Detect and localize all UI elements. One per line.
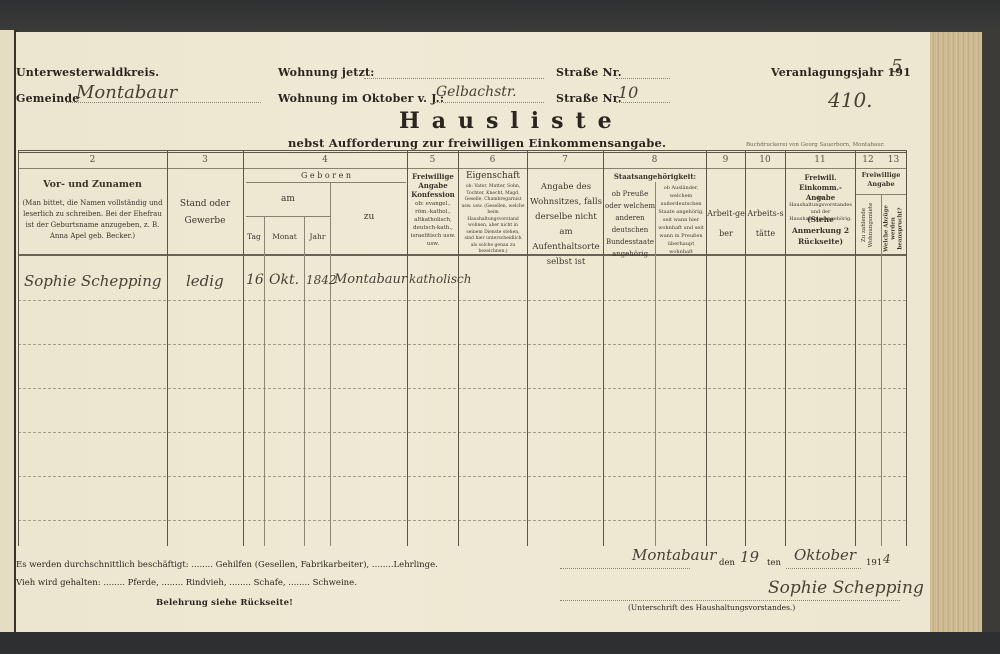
- col-line: [906, 150, 907, 546]
- row-line: [18, 388, 906, 389]
- veranlagungsjahr-label: Veranlagungsjahr 191: [771, 66, 911, 79]
- den-label: den: [719, 558, 735, 568]
- header-am: am: [246, 194, 330, 204]
- strasse-nr-label-2: Straße Nr.: [556, 92, 622, 105]
- strasse-nr-field-1: [616, 66, 670, 79]
- cell-zu: Montabaur: [334, 272, 407, 287]
- book-cover-right: [982, 30, 1000, 654]
- strasse-nr-field-2: 10: [616, 86, 670, 103]
- am-divider: [246, 216, 330, 217]
- col-line: [458, 150, 459, 546]
- col-line: [785, 150, 786, 546]
- footer-belehrung: Belehrung siehe Rückseite!: [156, 598, 293, 608]
- header-arbeitgeber: Arbeit-geber: [707, 204, 745, 244]
- strasse-nr-label-1: Straße Nr.: [556, 66, 622, 79]
- cell-jahr: 1842: [306, 273, 337, 287]
- place-value: Montabaur: [632, 546, 716, 564]
- header-eigenschaft-note: ob: Vater, Mutter, Sohn, Tochter, Knecht…: [461, 184, 525, 256]
- header-stand: Stand oder Gewerbe: [171, 196, 239, 230]
- col-line: [407, 150, 408, 546]
- header-freiwillige-angabe: Freiwillige Angabe: [856, 171, 906, 189]
- header-name-note: (Man bittet, die Namen vollständig und l…: [22, 198, 163, 242]
- footer-employees-line: Es werden durchschnittlich beschäftigt: …: [16, 560, 438, 570]
- signature-caption: (Unterschrift des Haushaltungsvorstandes…: [628, 603, 795, 612]
- signature-field: Sophie Schepping: [560, 588, 900, 601]
- row-line: [18, 520, 906, 521]
- col-line: [264, 216, 265, 546]
- cell-name: Sophie Schepping: [24, 272, 162, 290]
- col-number: 3: [167, 155, 243, 165]
- col-number: 10: [745, 155, 785, 165]
- header-staat-title: Staatsangehörigkeit:: [605, 172, 705, 182]
- row-line: [18, 476, 906, 477]
- row-line: [18, 300, 906, 301]
- month-value: Oktober: [794, 546, 856, 564]
- header-tag: Tag: [244, 232, 264, 242]
- book-cover-bottom: [0, 632, 1000, 654]
- col-line: [881, 194, 882, 546]
- col-line: [304, 216, 305, 546]
- header-col13-abzuege: Welche Abzüge werden beansprucht?: [884, 201, 905, 257]
- header-col12-miete: Zu zahlende Wohnungsmiete: [861, 197, 875, 253]
- header-konfession-title: Freiwillige Angabe Konfession: [409, 172, 457, 199]
- col-number: 5: [407, 155, 458, 165]
- geboren-divider: [246, 182, 406, 183]
- col-line: [167, 150, 168, 546]
- header-einkommen-ref: (Siehe Anmerkung 2 Rückseite): [787, 214, 854, 247]
- table-top-border: [18, 150, 906, 153]
- book-cover-top: [0, 0, 1000, 34]
- gemeinde-value: Montabaur: [76, 82, 177, 103]
- page-subtitle: nebst Aufforderung zur freiwilligen Eink…: [288, 136, 666, 150]
- row-line: [18, 344, 906, 345]
- number-row-border: [18, 168, 906, 169]
- place-field: Montabaur: [560, 552, 690, 569]
- wohnung-oktober-label: Wohnung im Oktober v. J.:: [278, 92, 444, 105]
- col-number: 11: [785, 155, 855, 165]
- book-page-edges: [930, 32, 985, 634]
- col-line: [18, 150, 19, 546]
- col-number: 4: [243, 155, 407, 165]
- header-name-title: Vor- und Zunamen: [22, 180, 163, 190]
- cell-tag: 16: [246, 272, 264, 288]
- list-number: 410.: [828, 88, 873, 112]
- col-number: 12: [855, 155, 881, 165]
- wohnung-jetzt-label: Wohnung jetzt:: [278, 66, 375, 79]
- veranlagungsjahr-value: 5: [891, 56, 902, 77]
- col-number: 9: [706, 155, 745, 165]
- col-number: 6: [458, 155, 527, 165]
- footer-livestock-line: Vieh wird gehalten: ........ Pferde, ...…: [16, 578, 357, 588]
- col-line: [243, 150, 244, 546]
- header-konfession-note: ob: evangel., röm.-kathol., altkatholisc…: [409, 200, 457, 248]
- row-line: [18, 432, 906, 433]
- col-line: [855, 150, 856, 546]
- ten-label: ten: [767, 558, 781, 568]
- year-printed: 191: [866, 558, 882, 568]
- header-wohnsitz: Angabe des Wohnsitzes, falls derselbe ni…: [530, 180, 602, 270]
- col-line: [603, 150, 604, 546]
- header-jahr: Jahr: [305, 232, 330, 242]
- header-geboren: G e b o r e n: [246, 171, 406, 181]
- printer-imprint: Buchdruckerei von Georg Sauerborn, Monta…: [746, 142, 885, 149]
- header-monat: Monat: [265, 232, 304, 242]
- col-number: 7: [527, 155, 603, 165]
- col-line: [330, 182, 331, 546]
- signature-value: Sophie Schepping: [768, 578, 924, 598]
- col-number: 2: [18, 155, 167, 165]
- wohnung-jetzt-field: [364, 66, 544, 79]
- cell-monat: Okt.: [269, 272, 299, 288]
- cell-stand: ledig: [186, 272, 224, 290]
- header-zu: zu: [331, 212, 407, 222]
- day-value: 19: [740, 548, 759, 566]
- header-staat-right: ob Ausländer, welchem außerdeutschen Sta…: [657, 184, 705, 256]
- header-arbeitsstaette: Arbeits-stätte: [746, 204, 785, 244]
- gemeinde-field: Montabaur: [66, 84, 261, 103]
- wohnung-oktober-field: Gelbachstr.: [434, 86, 544, 103]
- col-number: 8: [603, 155, 706, 165]
- col-line: [527, 150, 528, 546]
- strasse-nr-value-2: 10: [618, 83, 638, 102]
- month-field: Oktober: [786, 552, 861, 569]
- cell-konfession: katholisch: [409, 272, 471, 286]
- col-number: 13: [881, 155, 906, 165]
- document-page: Unterwesterwaldkreis. Gemeinde Montabaur…: [16, 32, 930, 634]
- header-staat-left: ob Preuße oder welchem anderen deutschen…: [605, 188, 655, 260]
- district-label: Unterwesterwaldkreis.: [16, 66, 159, 79]
- page-title: Hausliste: [399, 108, 624, 134]
- col-line: [655, 182, 656, 546]
- header-eigenschaft-title: Eigenschaft: [460, 171, 526, 181]
- wohnung-oktober-value: Gelbachstr.: [436, 84, 517, 100]
- year-handwritten: 4: [883, 552, 891, 566]
